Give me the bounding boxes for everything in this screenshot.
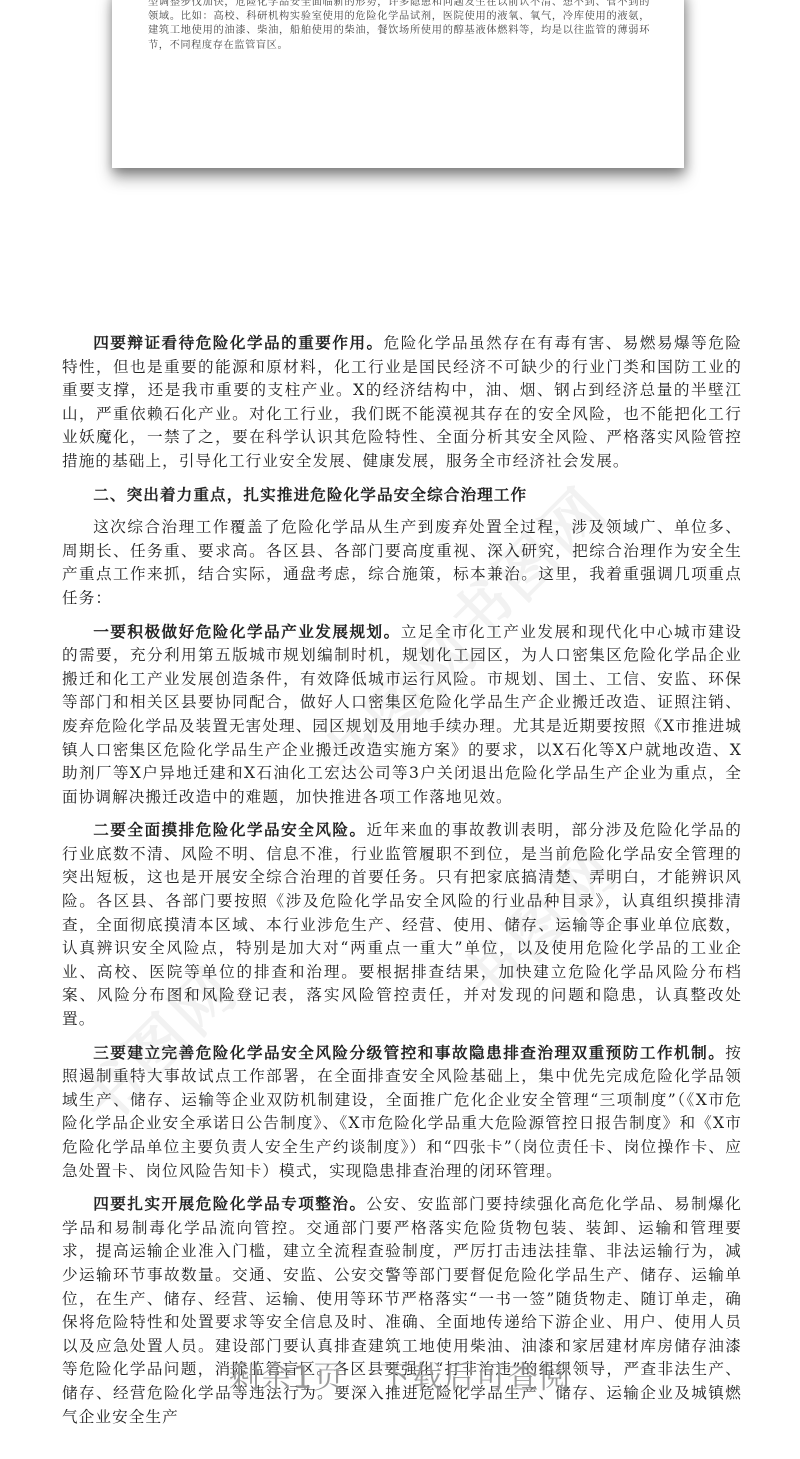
paragraph-lead: 四要辩证看待危险化学品的重要作用。 xyxy=(93,333,383,352)
paragraph-body: 这次综合治理工作覆盖了危险化学品从生产到废弃处置全过程，涉及领域广、单位多、周期… xyxy=(62,518,742,607)
paragraph-dialectical-view: 四要辩证看待危险化学品的重要作用。危险化学品虽然存在有毒有害、易燃易爆等危险特性… xyxy=(62,331,742,474)
section-heading: 二、突出着力重点，扎实推进危险化学品安全综合治理工作 xyxy=(62,483,742,507)
remaining-pages-label: 剩余1页 xyxy=(229,1360,346,1396)
paragraph-task-1: 一要积极做好危险化学品产业发展规划。立足全市化工产业发展和现代化中心城市建设的需… xyxy=(62,620,742,810)
paragraph-body: 立足全市化工产业发展和现代化中心城市建设的需要，充分利用第五版城市规划编制时机，… xyxy=(62,623,742,806)
paragraph-body: 危险化学品虽然存在有毒有害、易燃易爆等危险特性，但也是重要的能源和原材料，化工行… xyxy=(62,334,742,470)
paragraph-task-2: 二要全面摸排危险化学品安全风险。近年来血的事故教训表明，部分涉及危险化学品的行业… xyxy=(62,818,742,1031)
paragraph-body: 近年来血的事故教训表明，部分涉及危险化学品的行业底数不清、风险不明、信息不准，行… xyxy=(62,821,742,1028)
paragraph-lead: 一要积极做好危险化学品产业发展规划。 xyxy=(93,622,401,641)
paragraph-body: 按照遏制重特大事故试点工作部署，在全面排查安全风险基础上，集中优先完成危险化学品… xyxy=(62,1044,742,1180)
paragraph-lead: 四要扎实开展危险化学品专项整治。 xyxy=(93,1194,366,1213)
download-to-view-label[interactable]: 下载后可查阅 xyxy=(379,1360,571,1396)
download-to-read-more-banner[interactable]: 剩余1页下载后可查阅 xyxy=(0,1352,800,1397)
previous-page-card: 型调整步伐加快，危险化学品安全面临新的形势，许多隐患和问题发生在以前认不清、想不… xyxy=(112,0,684,168)
paragraph-lead: 二要全面摸排危险化学品安全风险。 xyxy=(93,820,366,839)
previous-page-text: 型调整步伐加快，危险化学品安全面临新的形势，许多隐患和问题发生在以前认不清、想不… xyxy=(148,0,650,53)
paragraph-lead: 三要建立完善危险化学品安全风险分级管控和事故隐患排查治理双重预防工作机制。 xyxy=(93,1043,725,1062)
document-body: 四要辩证看待危险化学品的重要作用。危险化学品虽然存在有毒有害、易燃易爆等危险特性… xyxy=(62,331,742,1438)
paragraph-task-3: 三要建立完善危险化学品安全风险分级管控和事故隐患排查治理双重预防工作机制。按照遏… xyxy=(62,1041,742,1184)
paragraph-intro: 这次综合治理工作覆盖了危险化学品从生产到废弃处置全过程，涉及领域广、单位多、周期… xyxy=(62,516,742,610)
